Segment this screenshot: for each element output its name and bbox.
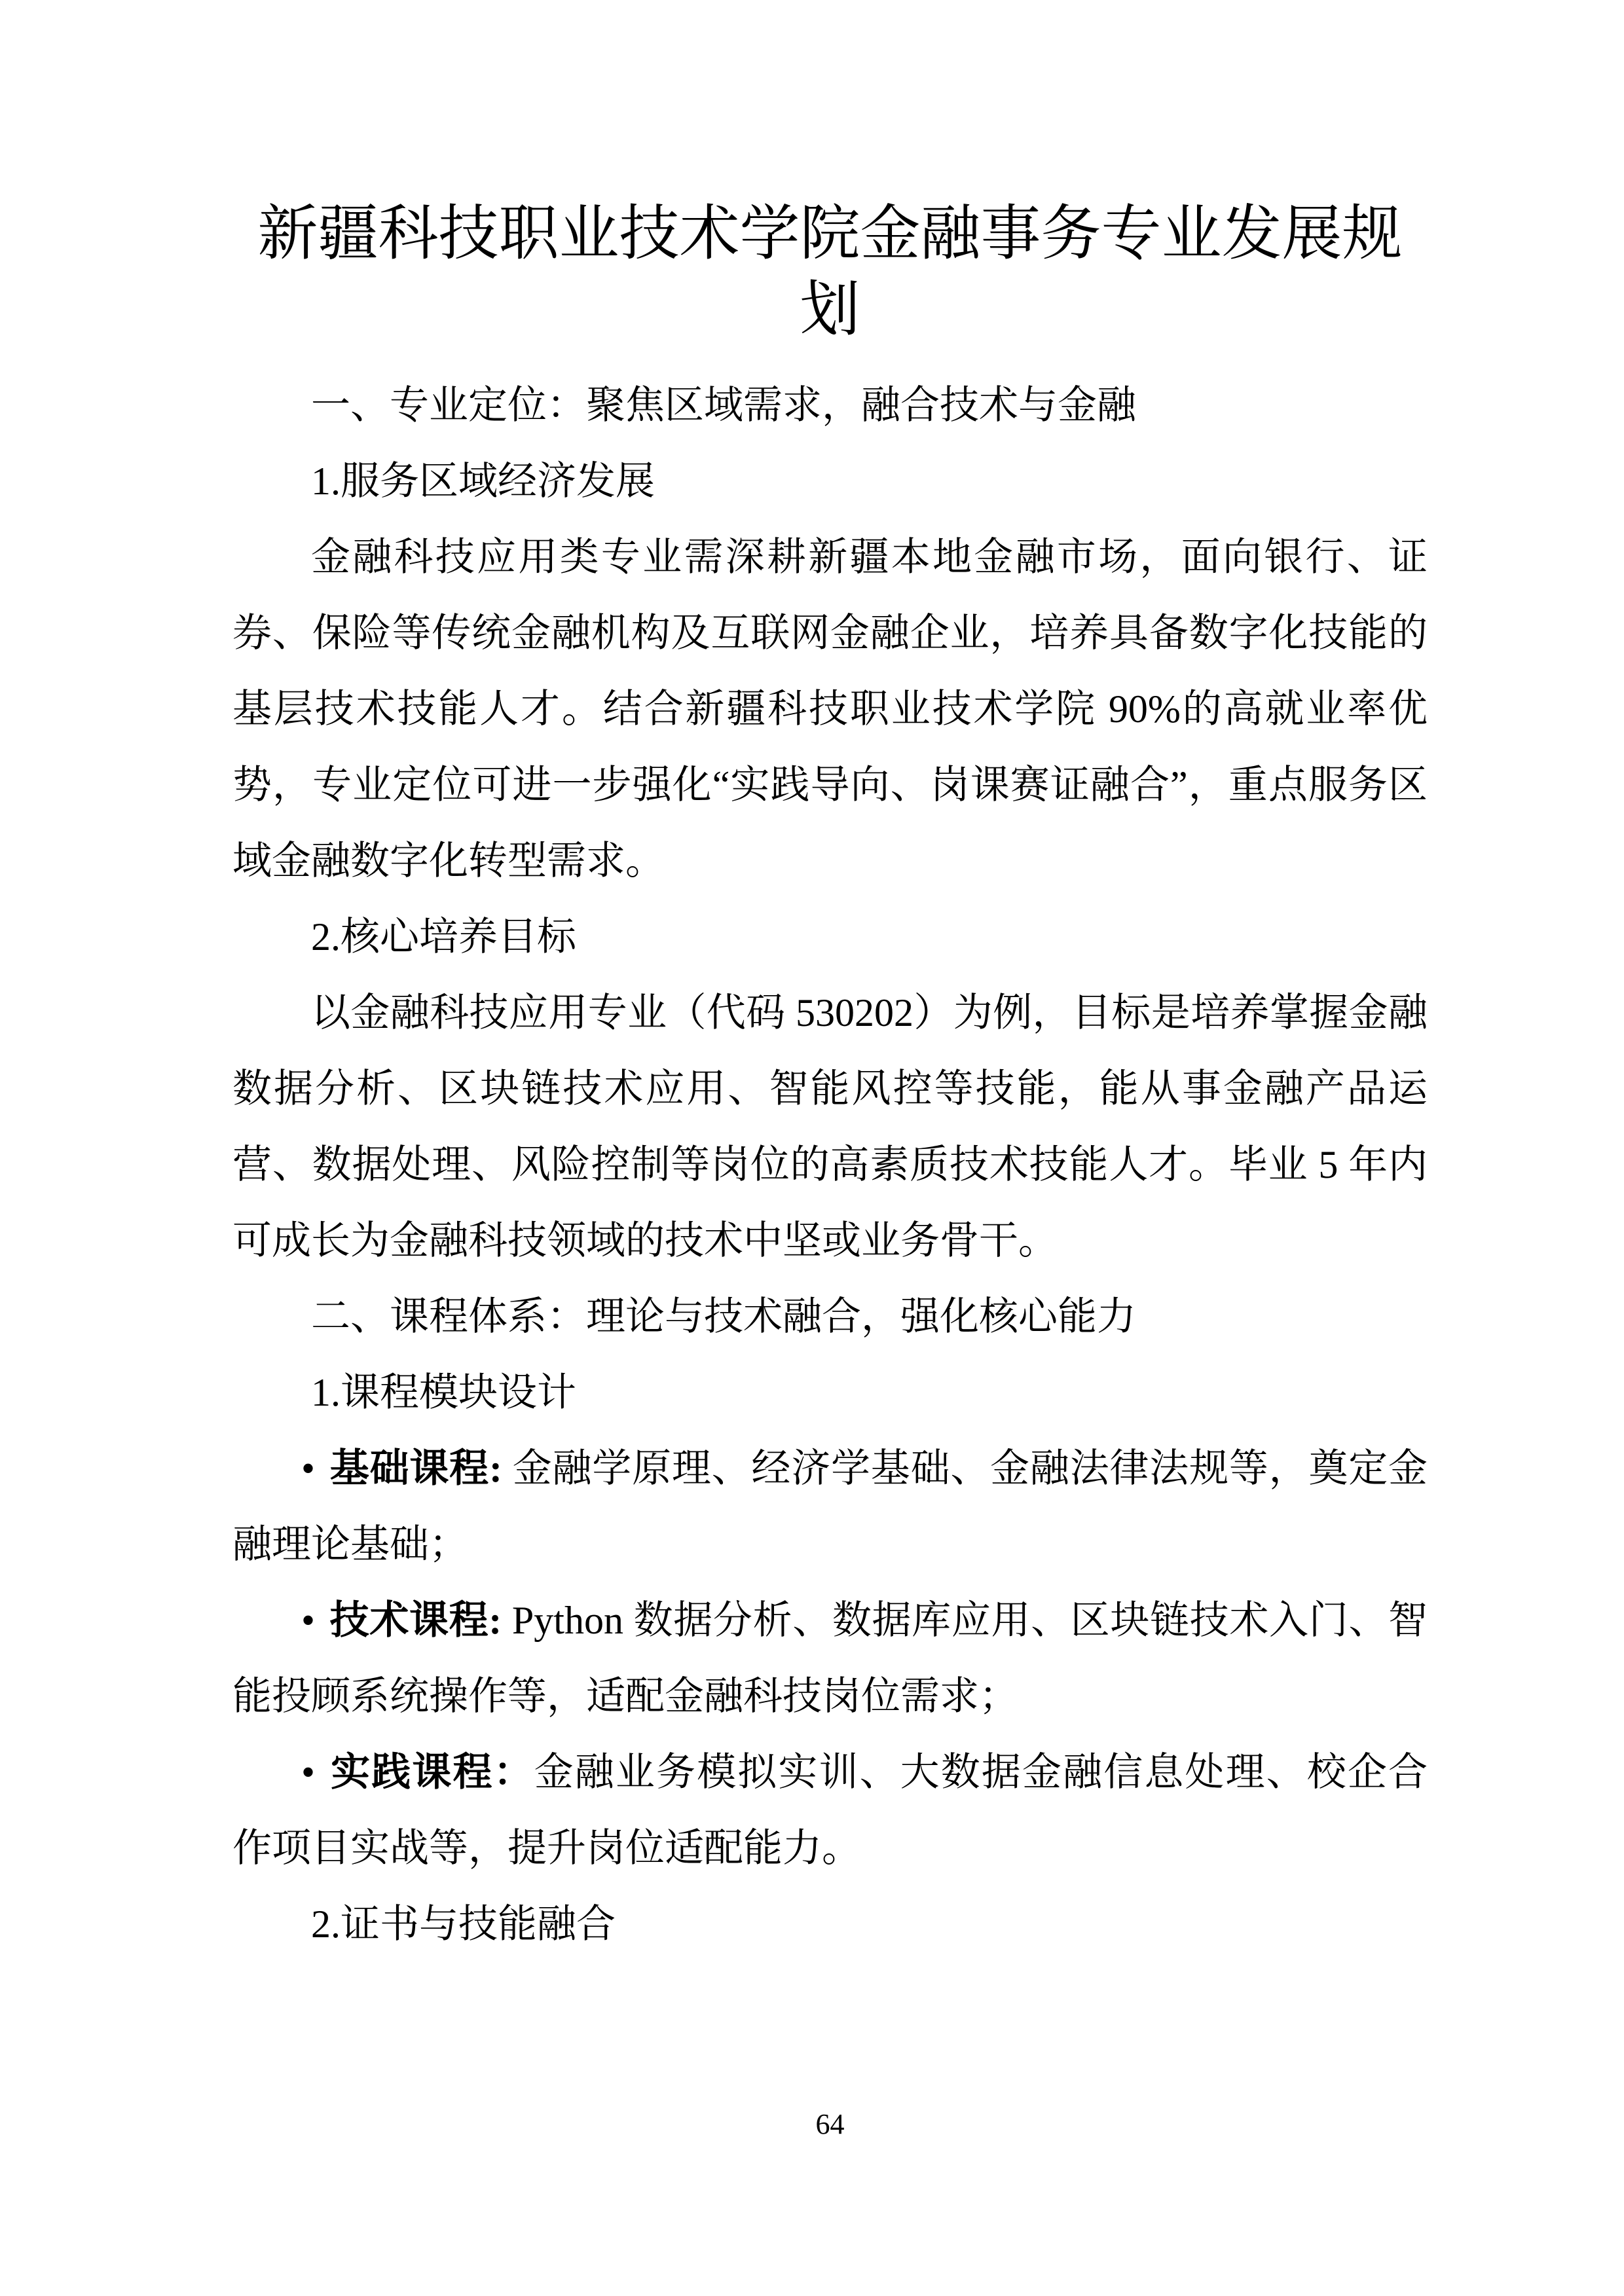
page-content: 新疆科技职业技术学院金融事务专业发展规划 一、专业定位：聚焦区域需求，融合技术与… — [232, 196, 1428, 1962]
section2-subheading-2: 2.证书与技能融合 — [232, 1886, 1428, 1962]
page-number: 64 — [816, 2108, 845, 2140]
bullet-label: 基础课程: — [329, 1447, 502, 1490]
section2-subheading-1: 1.课程模块设计 — [232, 1355, 1428, 1430]
bullet-item-technical-courses: •技术课程: Python 数据分析、数据库应用、区块链技术入门、智能投顾系统操… — [232, 1582, 1428, 1734]
section1-paragraph-1: 金融科技应用类专业需深耕新疆本地金融市场，面向银行、证券、保险等传统金融机构及互… — [232, 519, 1428, 899]
section1-heading: 一、专业定位：聚焦区域需求，融合技术与金融 — [232, 367, 1428, 443]
bullet-label: 实践课程： — [329, 1751, 534, 1794]
bullet-dot-icon: • — [301, 1599, 315, 1642]
section2-heading: 二、课程体系：理论与技术融合，强化核心能力 — [232, 1279, 1428, 1355]
bullet-label: 技术课程: — [329, 1599, 502, 1642]
section1-paragraph-2: 以金融科技应用专业（代码 530202）为例，目标是培养掌握金融数据分析、区块链… — [232, 975, 1428, 1279]
document-page: 新疆科技职业技术学院金融事务专业发展规划 一、专业定位：聚焦区域需求，融合技术与… — [0, 0, 1624, 2296]
bullet-item-basic-courses: •基础课程: 金融学原理、经济学基础、金融法律法规等，奠定金融理论基础； — [232, 1430, 1428, 1582]
section1-subheading-2: 2.核心培养目标 — [232, 899, 1428, 975]
bullet-dot-icon: • — [301, 1751, 315, 1794]
bullet-item-practice-courses: •实践课程：金融业务模拟实训、大数据金融信息处理、校企合作项目实战等，提升岗位适… — [232, 1734, 1428, 1886]
bullet-dot-icon: • — [301, 1447, 315, 1490]
document-title: 新疆科技职业技术学院金融事务专业发展规划 — [232, 196, 1428, 348]
page-footer: 64 — [232, 2105, 1428, 2143]
section1-subheading-1: 1.服务区域经济发展 — [232, 443, 1428, 519]
